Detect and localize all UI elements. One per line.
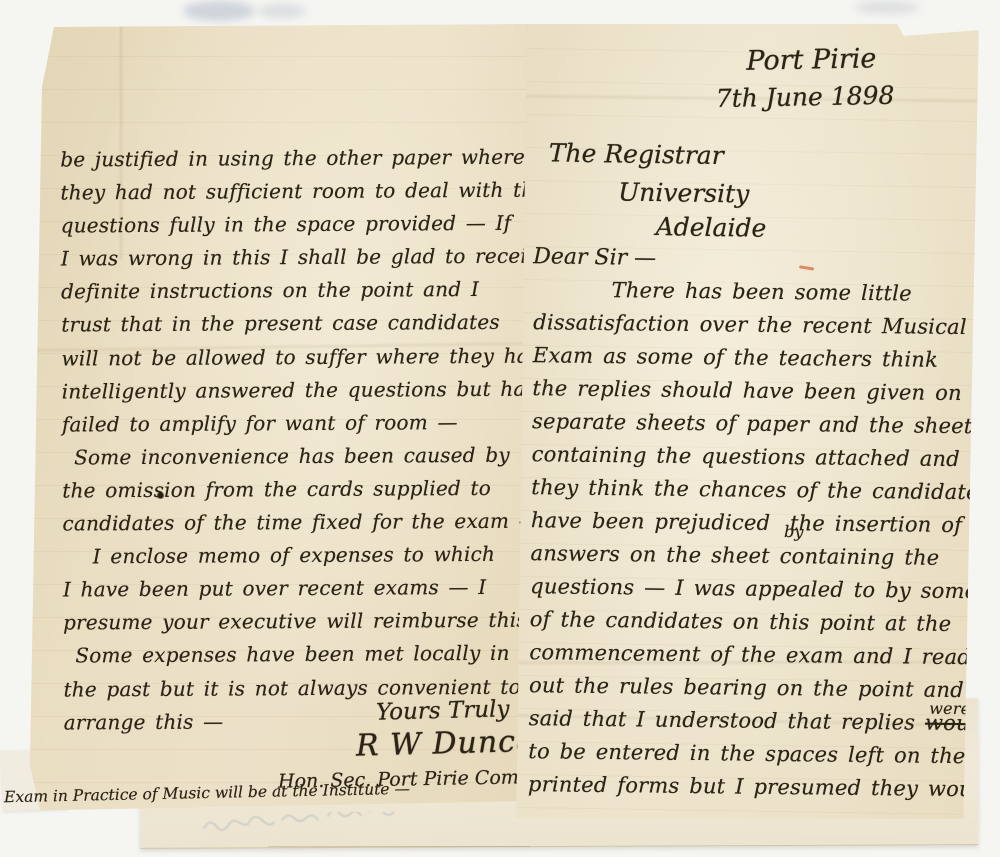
handwritten-line: I have been put over recent exams — I <box>63 571 554 607</box>
left-page-body: be justified in using the other paper wh… <box>60 141 555 740</box>
handwritten-line: to be entered in the spaces left on the <box>528 735 1000 773</box>
handwritten-line: There has been some little <box>611 274 1000 312</box>
handwritten-line: Some expenses have been met locally in <box>75 637 554 673</box>
letter-place: Port Pirie <box>746 43 877 76</box>
handwritten-line: intelligently answered the questions but… <box>62 372 553 408</box>
recipient-line: University <box>618 177 749 208</box>
letter-date: 7th June 1898 <box>716 81 895 113</box>
scanner-smudge <box>183 1 255 21</box>
handwritten-line: failed to amplify for want of room — <box>62 405 553 441</box>
inserted-word: by <box>784 515 804 548</box>
scanner-smudge <box>258 4 306 18</box>
handwritten-line: questions — I was appealed to by some <box>530 570 1000 608</box>
handwritten-line: separate sheets of paper and the sheet <box>532 405 1000 443</box>
handwritten-line-with-insertion: have been prejudiced by the insertion of… <box>531 504 1000 542</box>
handwritten-line: of the candidates on this point at the <box>530 603 1000 641</box>
illegible-pencil-inscription <box>200 812 520 838</box>
handwritten-line: Some inconvenience has been caused by <box>74 438 553 474</box>
scanner-smudge <box>855 1 919 14</box>
recipient-line: The Registrar <box>549 138 724 170</box>
line-text: the insertion of the <box>790 511 1000 537</box>
handwritten-line: I was wrong in this I shall be glad to r… <box>61 240 552 276</box>
handwritten-line: containing the questions attached and <box>532 438 1000 476</box>
line-text: said that I understood that replies <box>529 706 916 734</box>
handwritten-line: questions fully in the space provided — … <box>61 207 552 243</box>
handwritten-line: Exam as some of the teachers think <box>533 339 1000 377</box>
handwritten-line-with-correction: said that I understood that replies were… <box>529 702 1000 740</box>
handwritten-line: the omission from the cards supplied to <box>62 471 553 507</box>
right-page-body: There has been some little dissatisfacti… <box>528 273 1000 806</box>
handwritten-line: dissatisfaction over the recent Musical <box>533 306 1000 344</box>
red-mark-artifact <box>799 265 814 270</box>
handwritten-line: printed forms but I presumed they would <box>528 768 1000 806</box>
salutation: Dear Sir — <box>533 244 656 271</box>
recipient-line: Adelaide <box>655 212 766 243</box>
line-text: have been prejudiced <box>531 508 771 535</box>
letter-left-page: be justified in using the other paper wh… <box>28 24 532 812</box>
handwritten-line: be justified in using the other paper wh… <box>60 141 551 177</box>
handwritten-line: commencement of the exam and I read <box>529 636 1000 674</box>
handwritten-line: trust that in the present case candidate… <box>61 306 552 342</box>
valediction: Yours Truly <box>376 696 510 725</box>
handwritten-line: they think the chances of the candidates <box>531 471 1000 509</box>
handwritten-line: presume your executive will reimburse th… <box>63 604 554 640</box>
handwritten-line: will not be allowed to suffer where they… <box>61 339 552 375</box>
sheet-edge-line <box>268 846 530 847</box>
handwritten-line: I enclose memo of expenses to which <box>93 538 554 574</box>
letter-right-page: Port Pirie 7th June 1898 The Registrar U… <box>514 16 979 825</box>
handwritten-line: candidates of the time fixed for the exa… <box>62 505 553 541</box>
correction: werewould <box>925 707 991 741</box>
handwritten-line: answers on the sheet containing the <box>530 537 1000 575</box>
handwritten-line: the replies should have been given on <box>532 372 1000 410</box>
handwritten-line: they had not sufficient room to deal wit… <box>60 174 551 210</box>
handwritten-line: definite instructions on the point and I <box>61 273 552 309</box>
scanned-letter-photo: { "colors": { "background": "#f5f5f2", "… <box>0 0 1000 857</box>
inserted-word: were <box>929 692 970 725</box>
